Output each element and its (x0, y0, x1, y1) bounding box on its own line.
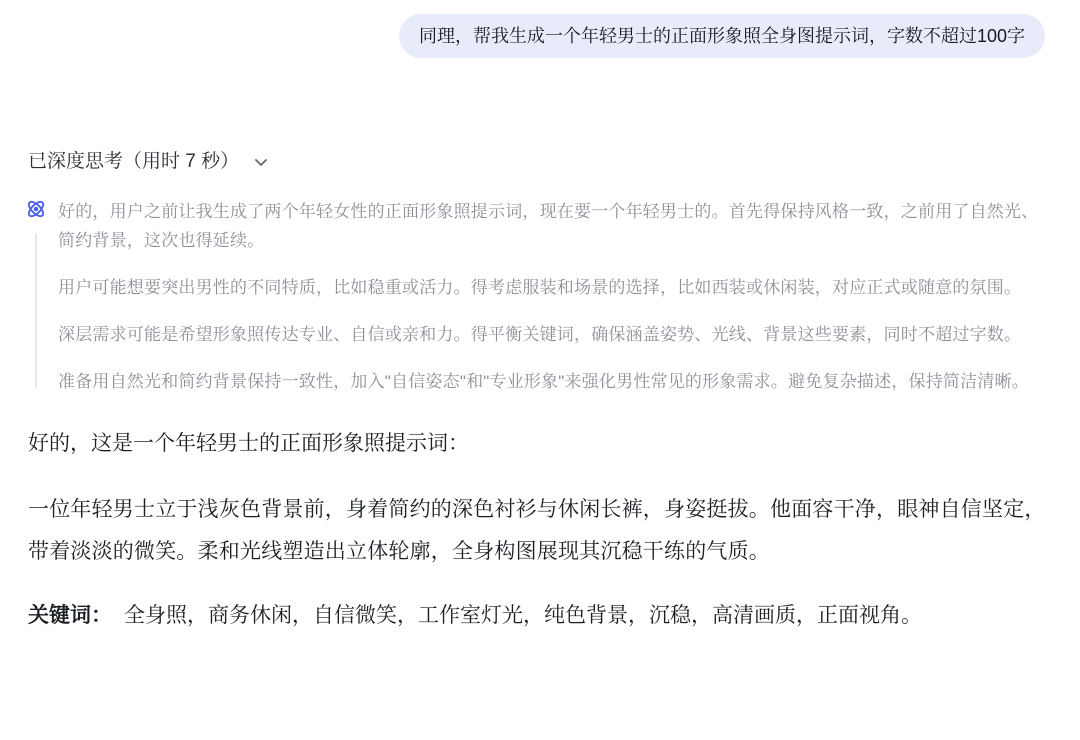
thinking-paragraph: 准备用自然光和简约背景保持一致性，加入"自信姿态"和"专业形象"来强化男性常见的… (58, 367, 1052, 396)
keywords-label: 关键词： (28, 604, 112, 627)
deep-think-toggle-label: 已深度思考（用时 7 秒） (28, 146, 239, 173)
keywords-text: 全身照，商务休闲，自信微笑，工作室灯光，纯色背景，沉稳，高清画质，正面视角。 (124, 604, 922, 627)
deep-think-atom-icon (25, 198, 47, 220)
thinking-block: 好的，用户之前让我生成了两个年轻女性的正面形象照提示词，现在要一个年轻男士的。首… (28, 197, 1052, 396)
assistant-answer: 好的，这是一个年轻男士的正面形象照提示词： 一位年轻男士立于浅灰色背景前，身着简… (28, 427, 1052, 632)
thinking-paragraph: 好的，用户之前让我生成了两个年轻女性的正面形象照提示词，现在要一个年轻男士的。首… (58, 197, 1052, 255)
user-message-row: 同理，帮我生成一个年轻男士的正面形象照全身图提示词，字数不超过100字 (28, 14, 1045, 58)
answer-intro: 好的，这是一个年轻男士的正面形象照提示词： (28, 427, 1052, 460)
answer-keywords-line: 关键词：全身照，商务休闲，自信微笑，工作室灯光，纯色背景，沉稳，高清画质，正面视… (28, 599, 1052, 632)
thinking-rail-divider (35, 233, 37, 388)
answer-body: 一位年轻男士立于浅灰色背景前，身着简约的深色衬衫与休闲长裤，身姿挺拔。他面容干净… (28, 489, 1052, 573)
user-message-bubble: 同理，帮我生成一个年轻男士的正面形象照全身图提示词，字数不超过100字 (399, 14, 1045, 58)
chat-page: 同理，帮我生成一个年轻男士的正面形象照全身图提示词，字数不超过100字 已深度思… (0, 0, 1080, 740)
chevron-down-icon (253, 154, 269, 170)
deep-think-toggle[interactable]: 已深度思考（用时 7 秒） (28, 146, 269, 173)
thinking-paragraph: 用户可能想要突出男性的不同特质，比如稳重或活力。得考虑服装和场景的选择，比如西装… (58, 273, 1052, 302)
thinking-paragraph: 深层需求可能是希望形象照传达专业、自信或亲和力。得平衡关键词，确保涵盖姿势、光线… (58, 320, 1052, 349)
